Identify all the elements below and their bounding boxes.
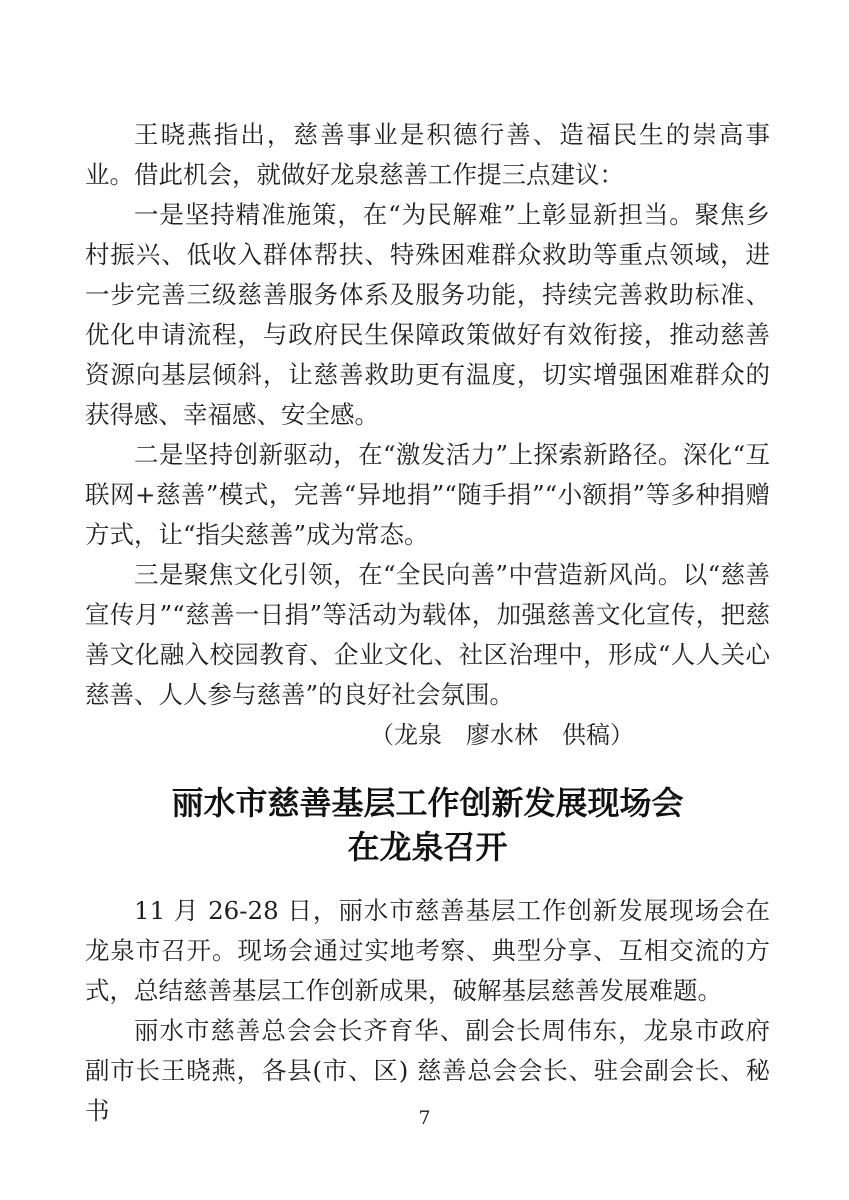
article2-paragraph-1: 11 月 26-28 日，丽水市慈善基层工作创新发展现场会在龙泉市召开。现场会通… [85, 891, 770, 1011]
article1-paragraph-1: 王晓燕指出，慈善事业是积德行善、造福民生的崇高事业。借此机会，就做好龙泉慈善工作… [85, 115, 770, 195]
page-number: 7 [0, 1108, 849, 1128]
document-page: 王晓燕指出，慈善事业是积德行善、造福民生的崇高事业。借此机会，就做好龙泉慈善工作… [0, 0, 849, 1200]
article1-paragraph-3: 二是坚持创新驱动，在“激发活力”上探索新路径。深化“互联网+慈善”模式，完善“异… [85, 435, 770, 555]
article2-title-line2: 在龙泉召开 [85, 825, 770, 869]
document-content: 王晓燕指出，慈善事业是积德行善、造福民生的崇高事业。借此机会，就做好龙泉慈善工作… [0, 0, 849, 1131]
article2-title: 丽水市慈善基层工作创新发展现场会 在龙泉召开 [85, 781, 770, 869]
attribution-line: （龙泉 廖水林 供稿） [85, 715, 770, 755]
article1-paragraph-4: 三是聚焦文化引领，在“全民向善”中营造新风尚。以“慈善宣传月”“慈善一日捐”等活… [85, 555, 770, 715]
article2-title-line1: 丽水市慈善基层工作创新发展现场会 [85, 781, 770, 825]
article1-paragraph-2: 一是坚持精准施策，在“为民解难”上彰显新担当。聚焦乡村振兴、低收入群体帮扶、特殊… [85, 195, 770, 435]
